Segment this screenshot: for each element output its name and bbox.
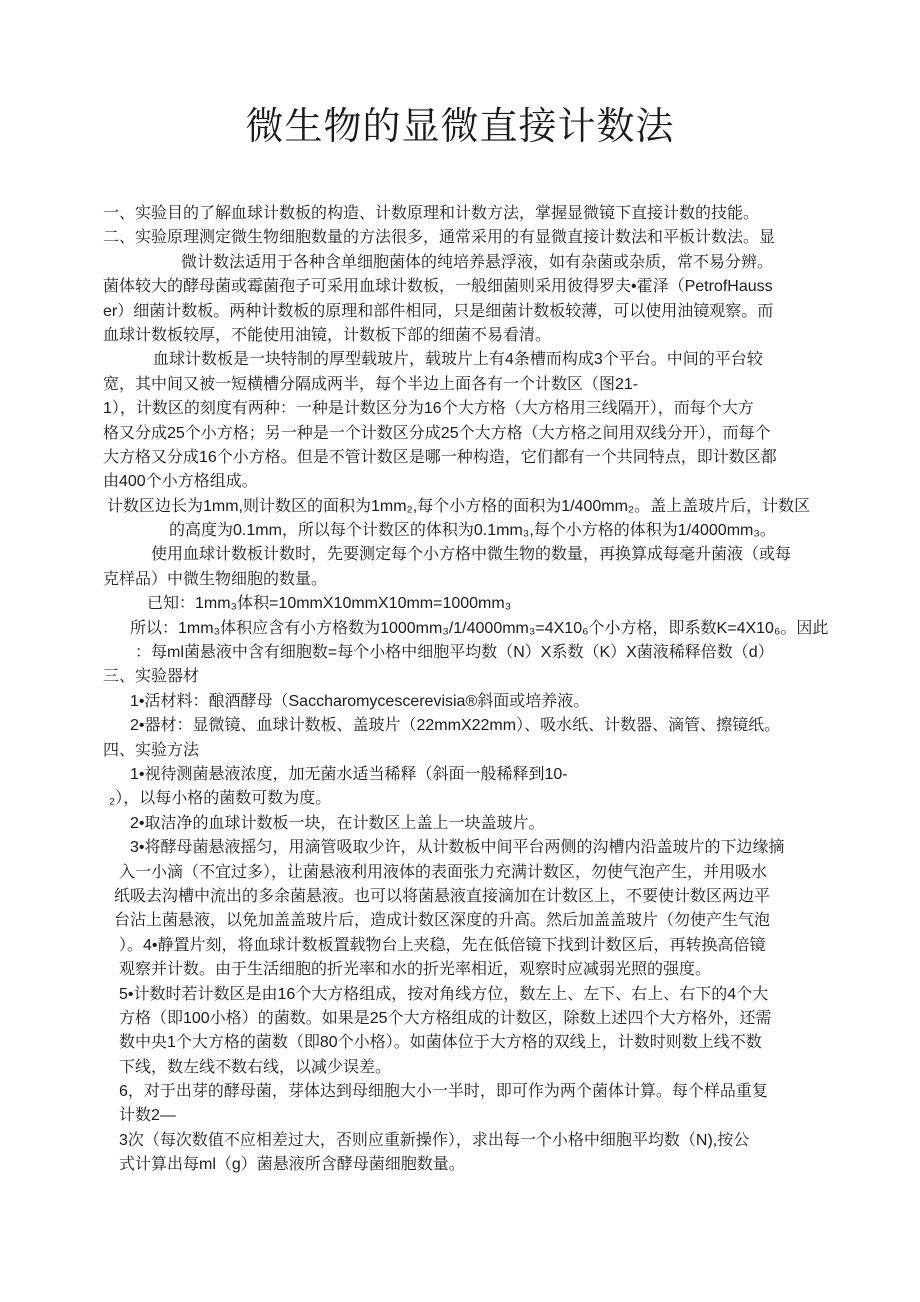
document-line: 四、实验方法 [103,739,870,763]
document-line: 所以：1mm₃体积应含有小方格数为1000mm₃/1/4000mm₃=4X10₆… [103,617,870,641]
document-line: 6，对于出芽的酵母菌，芽体达到母细胞大小一半时，即可作为两个菌体计算。每个样品重… [103,1080,870,1104]
document-line: 一、实验目的了解血球计数板的构造、计数原理和计数方法，掌握显微镜下直接计数的技能… [103,202,870,226]
document-line: 计数区边长为1mm,则计数区的面积为1mm₂,每个小方格的面积为1/400mm₂… [103,495,870,519]
document-line: 2•取洁净的血球计数板一块，在计数区上盖上一块盖玻片。 [103,812,870,836]
document-line: 纸吸去沟槽中流出的多余菌悬液。也可以将菌悬液直接滴加在计数区上，不要使计数区两边… [103,885,870,909]
document-line: 1），计数区的刻度有两种：一种是计数区分为16个大方格（大方格用三线隔开），而每… [103,397,870,421]
document-line: 3•将酵母菌悬液摇匀，用滴管吸取少许，从计数板中间平台两侧的沟槽内沿盖玻片的下边… [103,836,870,860]
document-line: ₂），以每小格的菌数可数为度。 [103,787,870,811]
document-line: 格又分成25个小方格；另一种是一个计数区分成25个大方格（大方格之间用双线分开）… [103,422,870,446]
document-line: 下线，数左线不数右线，以减少误差。 [103,1056,870,1080]
document-line: 5•计数时若计数区是由16个大方格组成，按对角线方位，数左上、左下、右上、右下的… [103,983,870,1007]
document-line: 2•器材：显微镜、血球计数板、盖玻片（22mmX22mm）、吸水纸、计数器、滴管… [103,714,870,738]
document-line: 台沾上菌悬液，以免加盖盖玻片后，造成计数区深度的升高。然后加盖盖玻片（勿使产生气… [103,909,870,933]
document-line: 计数2— [103,1104,870,1128]
document-line: 宽，其中间又被一短横槽分隔成两半，每个半边上面各有一个计数区（图21- [103,373,870,397]
document-line: 观察并计数。由于生活细胞的折光率和水的折光率相近，观察时应减弱光照的强度。 [103,958,870,982]
document-line: ）。4•静置片刻，将血球计数板置载物台上夹稳，先在低倍镜下找到计数区后，再转换高… [103,934,870,958]
document-line: 大方格又分成16个小方格。但是不管计数区是哪一种构造，它们都有一个共同特点，即计… [103,446,870,470]
document-line: 数中央1个大方格的菌数（即80个小格）。如菌体位于大方格的双线上，计数时则数上线… [103,1031,870,1055]
document-line: 血球计数板较厚，不能使用油镜，计数板下部的细菌不易看清。 [103,324,870,348]
document-line: 菌体较大的酵母菌或霉菌孢子可采用血球计数板，一般细菌则采用彼得罗夫•霍泽（Pet… [103,275,870,299]
document-line: 由400个小方格组成。 [103,470,870,494]
document-line: 微计数法适用于各种含单细胞菌体的纯培养悬浮液，如有杂菌或杂质，常不易分辨。 [103,251,870,275]
document-page: 微生物的显微直接计数法 一、实验目的了解血球计数板的构造、计数原理和计数方法，掌… [0,0,920,1302]
document-line: er）细菌计数板。两种计数板的原理和部件相同，只是细菌计数板较薄，可以使用油镜观… [103,300,870,324]
document-line: 3次（每次数值不应相差过大，否则应重新操作），求出每一个小格中细胞平均数（N),… [103,1129,870,1153]
document-title: 微生物的显微直接计数法 [0,0,920,150]
document-line: 已知：1mm₃体积=10mmX10mmX10mm=1000mm₃ [103,592,870,616]
document-line: 三、实验器材 [103,665,870,689]
document-line: 的高度为0.1mm，所以每个计数区的体积为0.1mm₃,每个小方格的体积为1/4… [103,519,870,543]
document-line: 式计算出每ml（g）菌悬液所含酵母菌细胞数量。 [103,1153,870,1177]
document-line: 使用血球计数板计数时，先要测定每个小方格中微生物的数量，再换算成每毫升菌液（或每 [103,543,870,567]
document-line: ：每ml菌悬液中含有细胞数=每个小格中细胞平均数（N）X系数（K）X菌液稀释倍数… [103,641,870,665]
document-line: 克样品）中微生物细胞的数量。 [103,568,870,592]
document-line: 1•活材料：酿酒酵母（Saccharomycescerevisia®斜面或培养液… [103,690,870,714]
document-body: 一、实验目的了解血球计数板的构造、计数原理和计数方法，掌握显微镜下直接计数的技能… [0,202,920,1178]
document-line: 1•视待测菌悬液浓度，加无菌水适当稀释（斜面一般稀释到10- [103,763,870,787]
document-line: 二、实验原理测定微生物细胞数量的方法很多，通常采用的有显微直接计数法和平板计数法… [103,226,870,250]
document-line: 血球计数板是一块特制的厚型载玻片，载玻片上有4条槽而构成3个平台。中间的平台较 [103,348,870,372]
document-line: 入一小滴（不宜过多），让菌悬液利用液体的表面张力充满计数区，勿使气泡产生，并用吸… [103,861,870,885]
document-line: 方格（即100小格）的菌数。如果是25个大方格组成的计数区，除数上述四个大方格外… [103,1007,870,1031]
